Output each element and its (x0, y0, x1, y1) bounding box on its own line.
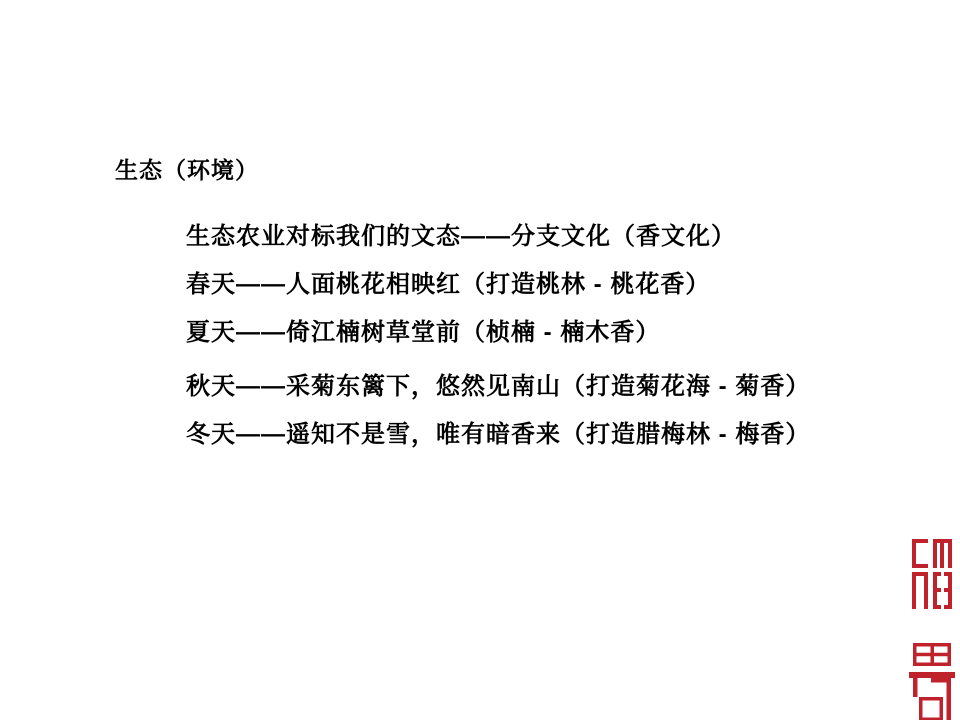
body-line-spring: 春天——人面桃花相映红（打造桃林 - 桃花香） (186, 261, 906, 309)
slide-title: 生态（环境） (115, 152, 259, 185)
body-line-autumn: 秋天——采菊东篱下，悠然见南山（打造菊花海 - 菊香） (186, 363, 906, 411)
seal-character-bottom-icon (909, 643, 955, 720)
body-text-block: 生态农业对标我们的文态——分支文化（香文化） 春天——人面桃花相映红（打造桃林 … (186, 213, 906, 459)
body-line-winter: 冬天——遥知不是雪，唯有暗香来（打造腊梅林 - 梅香） (186, 411, 906, 459)
body-line-summer: 夏天——倚江楠树草堂前（桢楠 - 楠木香） (186, 309, 906, 357)
red-seal-stamp-logo (909, 539, 955, 720)
slide-canvas: 生态（环境） 生态农业对标我们的文态——分支文化（香文化） 春天——人面桃花相映… (0, 0, 960, 720)
body-line-culture: 生态农业对标我们的文态——分支文化（香文化） (186, 213, 906, 261)
seal-character-top-icon (909, 539, 955, 609)
